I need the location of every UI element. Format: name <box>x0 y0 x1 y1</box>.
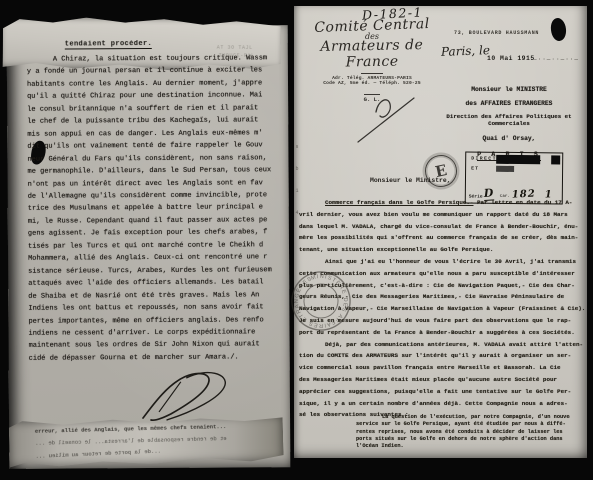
handwritten-paraph <box>350 90 422 146</box>
text-line: apprécier ces suggestions, puisqu'elle a… <box>299 386 585 398</box>
text-line: tion du COMITE des ARMATEURS sur l'intér… <box>299 350 585 362</box>
text-line: Indiens les ont battus et repoussés, non… <box>28 301 290 315</box>
text-line: dans lequel M. VADALA, chargé du vice-co… <box>299 221 585 233</box>
torn-paper-strip-bottom: erreur, allié des Anglais, que les mêmes… <box>9 415 284 468</box>
right-scan-page: D-182-1 Comité Central des Armateurs de … <box>294 6 587 458</box>
text-line: des Messageries Maritimes était mieux pl… <box>299 374 585 386</box>
letterhead-org-name: Armateurs de France <box>294 37 451 72</box>
text-line: l'Océan Indien. <box>356 443 570 450</box>
text-line: mère les possibilités qui s'offrent au c… <box>299 232 585 244</box>
ink-blot <box>550 17 567 41</box>
text-line: maintenant sous les ordres de Sir John N… <box>29 339 291 353</box>
recipient-line: Commerciales <box>432 120 586 127</box>
text-line: rentes reprises, nous avons été conduits… <box>356 429 570 436</box>
mirrored-bleed-text: AT 3O TAJL <box>217 45 253 51</box>
subject-heading-rest: Par lettre en date du 17 A- <box>473 199 572 206</box>
dateline-place: Paris, le <box>441 43 490 59</box>
registry-stamp-line: ET <box>471 167 479 172</box>
text-line: tenant, une situation exceptionnelle au … <box>299 244 585 256</box>
ink-patch <box>496 155 540 164</box>
letterhead-street-address: 73, BOULEVARD HAUSSMANN <box>454 30 539 36</box>
text-line: Mohammera, allié des Anglais. Ceux-ci on… <box>28 251 290 265</box>
text-line: le chef de la puissante tribu des Kacheg… <box>27 114 289 128</box>
text-line: vril dernier, vous avez bien voulu me co… <box>299 209 585 221</box>
text-line: dit qu'ils ont vainement tenté de faire … <box>27 139 289 153</box>
text-line: cidé de dépasser Gourna et de marcher su… <box>29 351 291 365</box>
left-page-heading-fragment: tendaient procéder. <box>65 40 152 50</box>
recipient-line: Monsieur le MINISTRE <box>432 86 586 93</box>
recipient-line: Quai d' Orsay, <box>432 135 586 142</box>
text-line: sique, il y a un certain nombre d'années… <box>299 398 585 410</box>
text-line: attaqués avec l'aide des officiers allem… <box>28 276 290 290</box>
text-line: Déjà, par des communications antérieures… <box>299 339 585 351</box>
subject-heading-line: Commerce français dans le Golfe Persique… <box>299 197 585 209</box>
left-scan-page: AT 3O TAJL THOUCE-RAL tendaient procéder… <box>7 25 291 469</box>
gutter-character-bleed: s b 1 4 <box>294 136 300 224</box>
mirrored-bleed-text: et de rendre responsable de l'arresta...… <box>35 435 227 447</box>
dateline-date: 10 Mai 1915 <box>487 55 535 62</box>
quoted-observations-block: La question de l'exécution, par notre Co… <box>356 414 570 450</box>
recipient-line: Direction des Affaires Politiques et <box>432 113 586 120</box>
left-page-body-text: A Chiraz, la situation est toujours crit… <box>27 52 291 365</box>
ink-patch <box>496 166 514 172</box>
handwritten-signature <box>137 367 233 426</box>
letterhead-phone-codes: Code AZ, 5me éd. — Téléph. 520-25 <box>294 81 450 86</box>
text-line: me germanophile. D'ailleurs, dans le Sud… <box>28 164 290 178</box>
text-line: service sur le Golfe Persique, ayant été… <box>356 421 570 428</box>
faint-text-fragment: erreur, allié des Anglais, que les mêmes… <box>35 423 227 435</box>
paragraph-3: Déjà, par des communications antérieures… <box>299 339 585 422</box>
salutation: Monsieur le Ministre, <box>370 177 451 184</box>
letterhead-divider <box>361 73 383 74</box>
ink-patch <box>551 155 560 164</box>
text-line: vice commercial sous pavillon français e… <box>299 362 585 374</box>
paragraph-1: vril dernier, vous avez bien voulu me co… <box>299 209 585 256</box>
recipient-line: des AFFAIRES ETRANGERES <box>432 100 586 107</box>
mirrored-bleed-text: ...de la porte de retour au milieu ... <box>35 448 161 460</box>
dateline-ruled-trail: —··—··—··— <box>533 56 579 63</box>
subject-heading-underlined: Commerce français dans le Golfe Persique… <box>325 199 473 206</box>
